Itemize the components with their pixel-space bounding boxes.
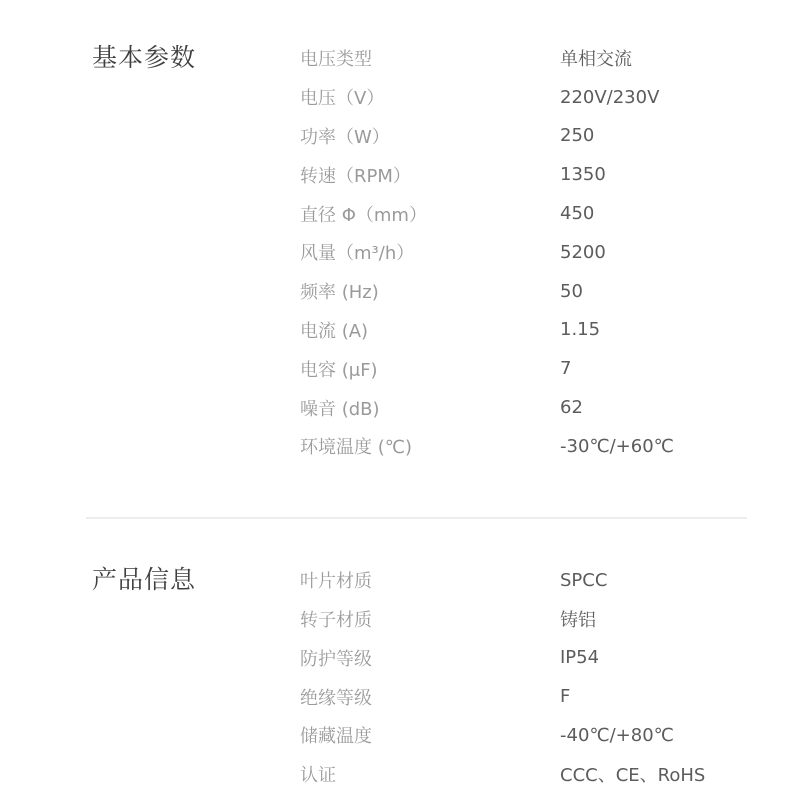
spec-value: F — [560, 686, 760, 707]
spec-row-current: 电流 (A) 1.15 — [300, 311, 760, 350]
spec-value: 62 — [560, 397, 760, 418]
spec-label: 转速（RPM） — [300, 162, 560, 188]
spec-value: 7 — [560, 358, 760, 379]
spec-table-product-info: 叶片材质 SPCC 转子材质 铸铝 防护等级 IP54 绝缘等级 F 储藏温度 … — [300, 561, 760, 794]
section-divider — [86, 517, 747, 519]
spec-label: 储藏温度 — [300, 722, 560, 748]
spec-label: 电压（V） — [300, 84, 560, 110]
spec-row-capacitance: 电容 (μF) 7 — [300, 349, 760, 388]
spec-value: -40℃/+80℃ — [560, 725, 760, 746]
spec-label: 频率 (Hz) — [300, 278, 560, 304]
spec-label: 电流 (A) — [300, 317, 560, 343]
spec-value: -30℃/+60℃ — [560, 436, 760, 457]
spec-row-rotor-material: 转子材质 铸铝 — [300, 600, 760, 639]
spec-row-voltage-type: 电压类型 单相交流 — [300, 39, 760, 78]
spec-row-frequency: 频率 (Hz) 50 — [300, 272, 760, 311]
section-basic-parameters: 基本参数 电压类型 单相交流 电压（V） 220V/230V 功率（W） 250… — [0, 39, 800, 466]
spec-row-noise: 噪音 (dB) 62 — [300, 388, 760, 427]
spec-label: 防护等级 — [300, 645, 560, 671]
section-product-info: 产品信息 叶片材质 SPCC 转子材质 铸铝 防护等级 IP54 绝缘等级 F … — [0, 561, 800, 794]
spec-row-storage-temperature: 储藏温度 -40℃/+80℃ — [300, 716, 760, 755]
product-spec-page: 基本参数 电压类型 单相交流 电压（V） 220V/230V 功率（W） 250… — [0, 0, 800, 794]
spec-label: 噪音 (dB) — [300, 395, 560, 421]
spec-value: 250 — [560, 125, 760, 146]
spec-row-power: 功率（W） 250 — [300, 117, 760, 156]
spec-value: 铸铝 — [560, 606, 760, 632]
section-title-basic-parameters: 基本参数 — [92, 39, 300, 78]
spec-row-certification: 认证 CCC、CE、RoHS — [300, 755, 760, 794]
spec-row-ambient-temperature: 环境温度 (℃) -30℃/+60℃ — [300, 427, 760, 466]
spec-label: 绝缘等级 — [300, 684, 560, 710]
spec-row-blade-material: 叶片材质 SPCC — [300, 561, 760, 600]
spec-value: 1350 — [560, 164, 760, 185]
spec-row-voltage: 电压（V） 220V/230V — [300, 78, 760, 117]
spec-value: IP54 — [560, 647, 760, 668]
spec-label: 叶片材质 — [300, 567, 560, 593]
spec-label: 电压类型 — [300, 45, 560, 71]
spec-table-basic-parameters: 电压类型 单相交流 电压（V） 220V/230V 功率（W） 250 转速（R… — [300, 39, 760, 466]
spec-row-protection-rating: 防护等级 IP54 — [300, 638, 760, 677]
spec-value: 1.15 — [560, 319, 760, 340]
spec-label: 风量（m³/h） — [300, 239, 560, 265]
spec-value: SPCC — [560, 570, 760, 591]
spec-label: 转子材质 — [300, 606, 560, 632]
spec-value: CCC、CE、RoHS — [560, 761, 760, 787]
spec-label: 直径 Φ（mm） — [300, 201, 560, 227]
spec-value: 220V/230V — [560, 87, 760, 108]
section-title-product-info: 产品信息 — [92, 561, 300, 600]
spec-value: 5200 — [560, 242, 760, 263]
spec-value: 50 — [560, 281, 760, 302]
spec-row-diameter: 直径 Φ（mm） 450 — [300, 194, 760, 233]
spec-row-speed: 转速（RPM） 1350 — [300, 155, 760, 194]
spec-label: 功率（W） — [300, 123, 560, 149]
spec-label: 认证 — [300, 761, 560, 787]
spec-label: 电容 (μF) — [300, 356, 560, 382]
spec-row-insulation-class: 绝缘等级 F — [300, 677, 760, 716]
spec-value: 450 — [560, 203, 760, 224]
spec-label: 环境温度 (℃) — [300, 433, 560, 459]
spec-row-airflow: 风量（m³/h） 5200 — [300, 233, 760, 272]
spec-value: 单相交流 — [560, 45, 760, 71]
